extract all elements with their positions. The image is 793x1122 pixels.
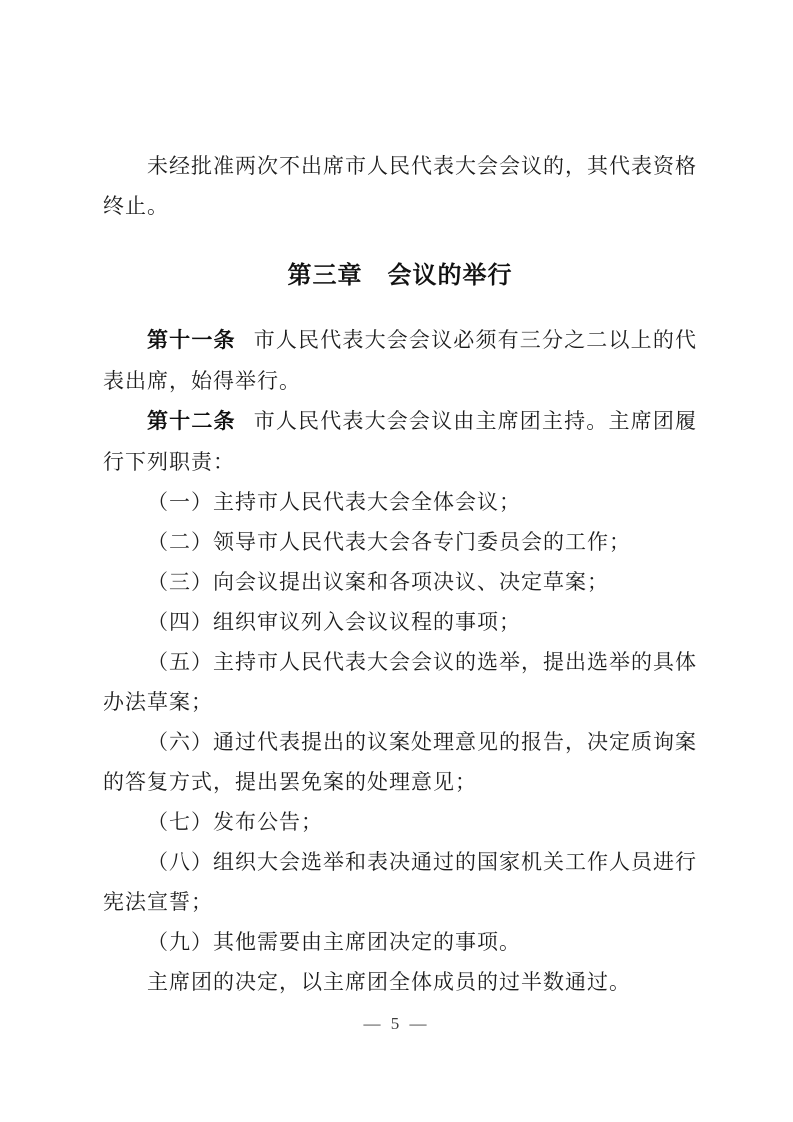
article-number: 第十二条 <box>147 410 236 433</box>
duty-list-item: （二）领导市人民代表大会各专门委员会的工作； <box>103 522 697 562</box>
document-page: 未经批准两次不出席市人民代表大会会议的，其代表资格终止。 第三章 会议的举行 第… <box>0 0 793 1122</box>
duty-list-item: （九）其他需要由主席团决定的事项。 <box>103 922 697 962</box>
duty-list-item: （八）组织大会选举和表决通过的国家机关工作人员进行宪法宣誓； <box>103 842 697 922</box>
closing-paragraph: 主席团的决定，以主席团全体成员的过半数通过。 <box>103 962 697 1002</box>
duty-list-item: （一）主持市人民代表大会全体会议； <box>103 482 697 522</box>
document-content: 未经批准两次不出席市人民代表大会会议的，其代表资格终止。 第三章 会议的举行 第… <box>103 146 697 1002</box>
duty-list-item: （七）发布公告； <box>103 802 697 842</box>
page-footer: — 5 — <box>0 1012 793 1036</box>
duty-list-item: （三）向会议提出议案和各项决议、决定草案； <box>103 562 697 602</box>
duty-list-item: （四）组织审议列入会议议程的事项； <box>103 602 697 642</box>
duty-list-item: （六）通过代表提出的议案处理意见的报告，决定质询案的答复方式，提出罢免案的处理意… <box>103 722 697 802</box>
article-number: 第十一条 <box>147 329 236 352</box>
intro-paragraph: 未经批准两次不出席市人民代表大会会议的，其代表资格终止。 <box>103 146 697 226</box>
chapter-heading: 第三章 会议的举行 <box>103 256 697 296</box>
article-paragraph: 第十一条市人民代表大会会议必须有三分之二以上的代表出席，始得举行。 <box>103 320 697 401</box>
article-paragraph: 第十二条市人民代表大会会议由主席团主持。主席团履行下列职责： <box>103 401 697 482</box>
duty-list-item: （五）主持市人民代表大会会议的选举，提出选举的具体办法草案； <box>103 642 697 722</box>
page-number: — 5 — <box>364 1014 430 1033</box>
